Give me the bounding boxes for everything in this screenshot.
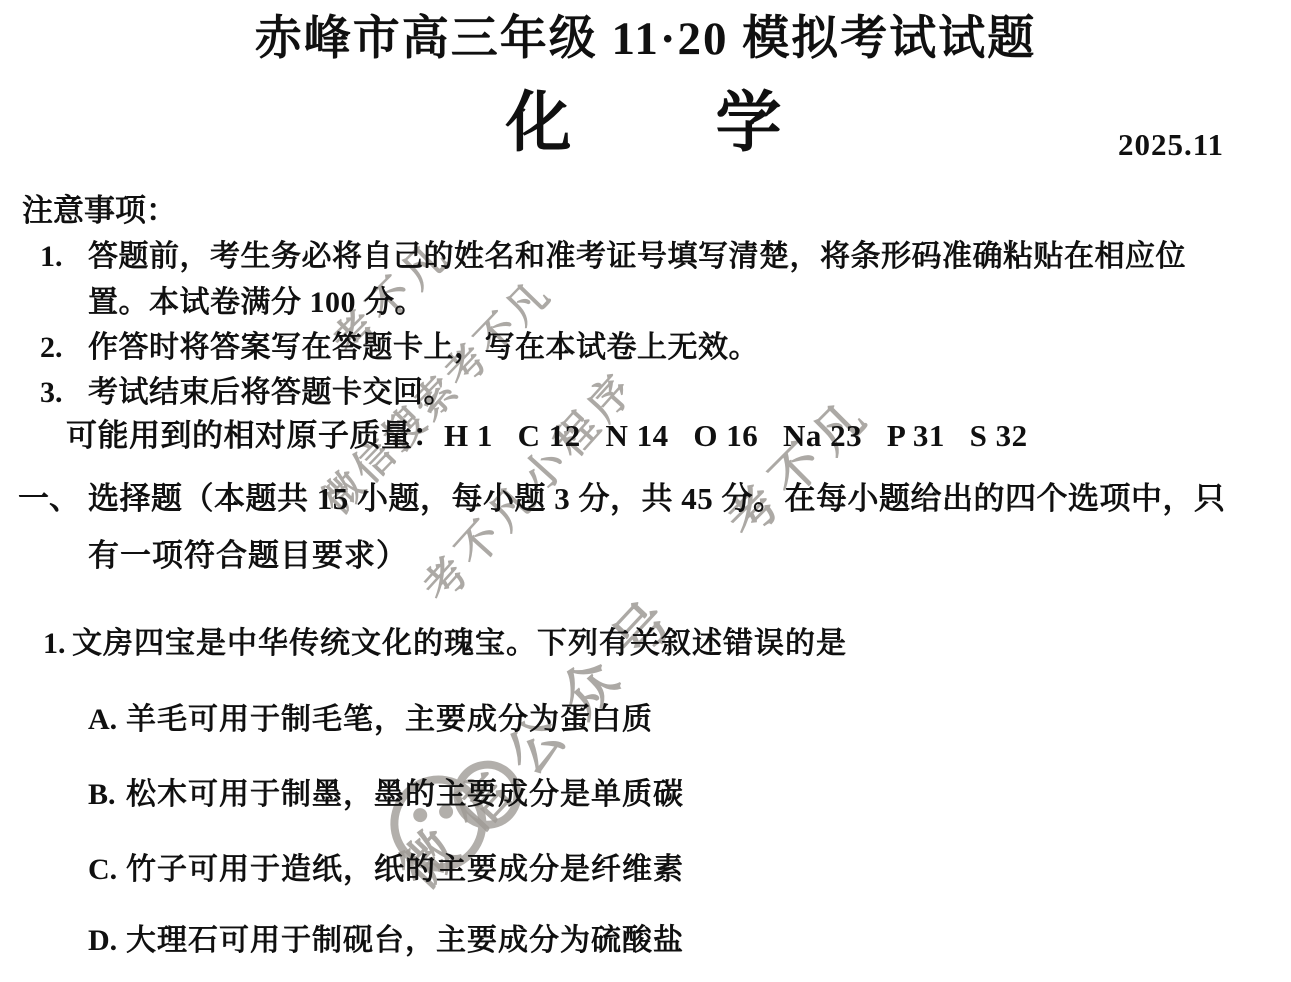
notice-heading: 注意事项：: [22, 194, 177, 228]
exam-paper-page: 考不凡 微信搜索考不凡 考不凡小程序 考不凡 微信公众号 赤峰市高三年级 11·…: [0, 0, 1291, 982]
notice-item-3-number: 3.: [40, 376, 63, 409]
option-b-label: B.: [88, 778, 116, 811]
option-d-label: D.: [88, 924, 117, 957]
section-heading-line-2: 有一项符合题目要求）: [88, 539, 408, 573]
page-title: 赤峰市高三年级 11·20 模拟考试试题: [0, 14, 1291, 66]
notice-item-1-line-1: 答题前，考生务必将自己的姓名和准考证号填写清楚，将条形码准确粘贴在相应位: [88, 240, 1186, 273]
subject-title: 化 学: [0, 88, 1291, 161]
section-number: 一、: [18, 482, 80, 516]
question-1-number: 1.: [43, 627, 66, 660]
notice-item-2-line-1: 作答时将答案写在答题卡上，写在本试卷上无效。: [88, 331, 759, 364]
exam-date: 2025.11: [1118, 128, 1224, 162]
notice-item-1-number: 1.: [40, 240, 63, 273]
option-d-text: 大理石可用于制砚台，主要成分为硫酸盐: [126, 924, 684, 957]
question-1-stem: 文房四宝是中华传统文化的瑰宝。下列有关叙述错误的是: [72, 627, 847, 660]
watermark-text: 考不凡: [709, 375, 885, 551]
option-c-text: 竹子可用于造纸，纸的主要成分是纤维素: [126, 853, 684, 886]
atomic-masses-line: 可能用到的相对原子质量：H 1 C 12 N 14 O 16 Na 23 P 3…: [66, 419, 1028, 453]
option-a-label: A.: [88, 703, 117, 736]
notice-item-1-line-2: 置。本试卷满分 100 分。: [88, 286, 425, 319]
option-a-text: 羊毛可用于制毛笔，主要成分为蛋白质: [126, 703, 653, 736]
option-c-label: C.: [88, 853, 117, 886]
section-heading-line-1: 选择题（本题共 15 小题，每小题 3 分，共 45 分。在每小题给出的四个选项…: [88, 482, 1226, 516]
notice-item-2-number: 2.: [40, 331, 63, 364]
notice-item-3-line-1: 考试结束后将答题卡交回。: [88, 376, 454, 409]
option-b-text: 松木可用于制墨，墨的主要成分是单质碳: [126, 778, 684, 811]
